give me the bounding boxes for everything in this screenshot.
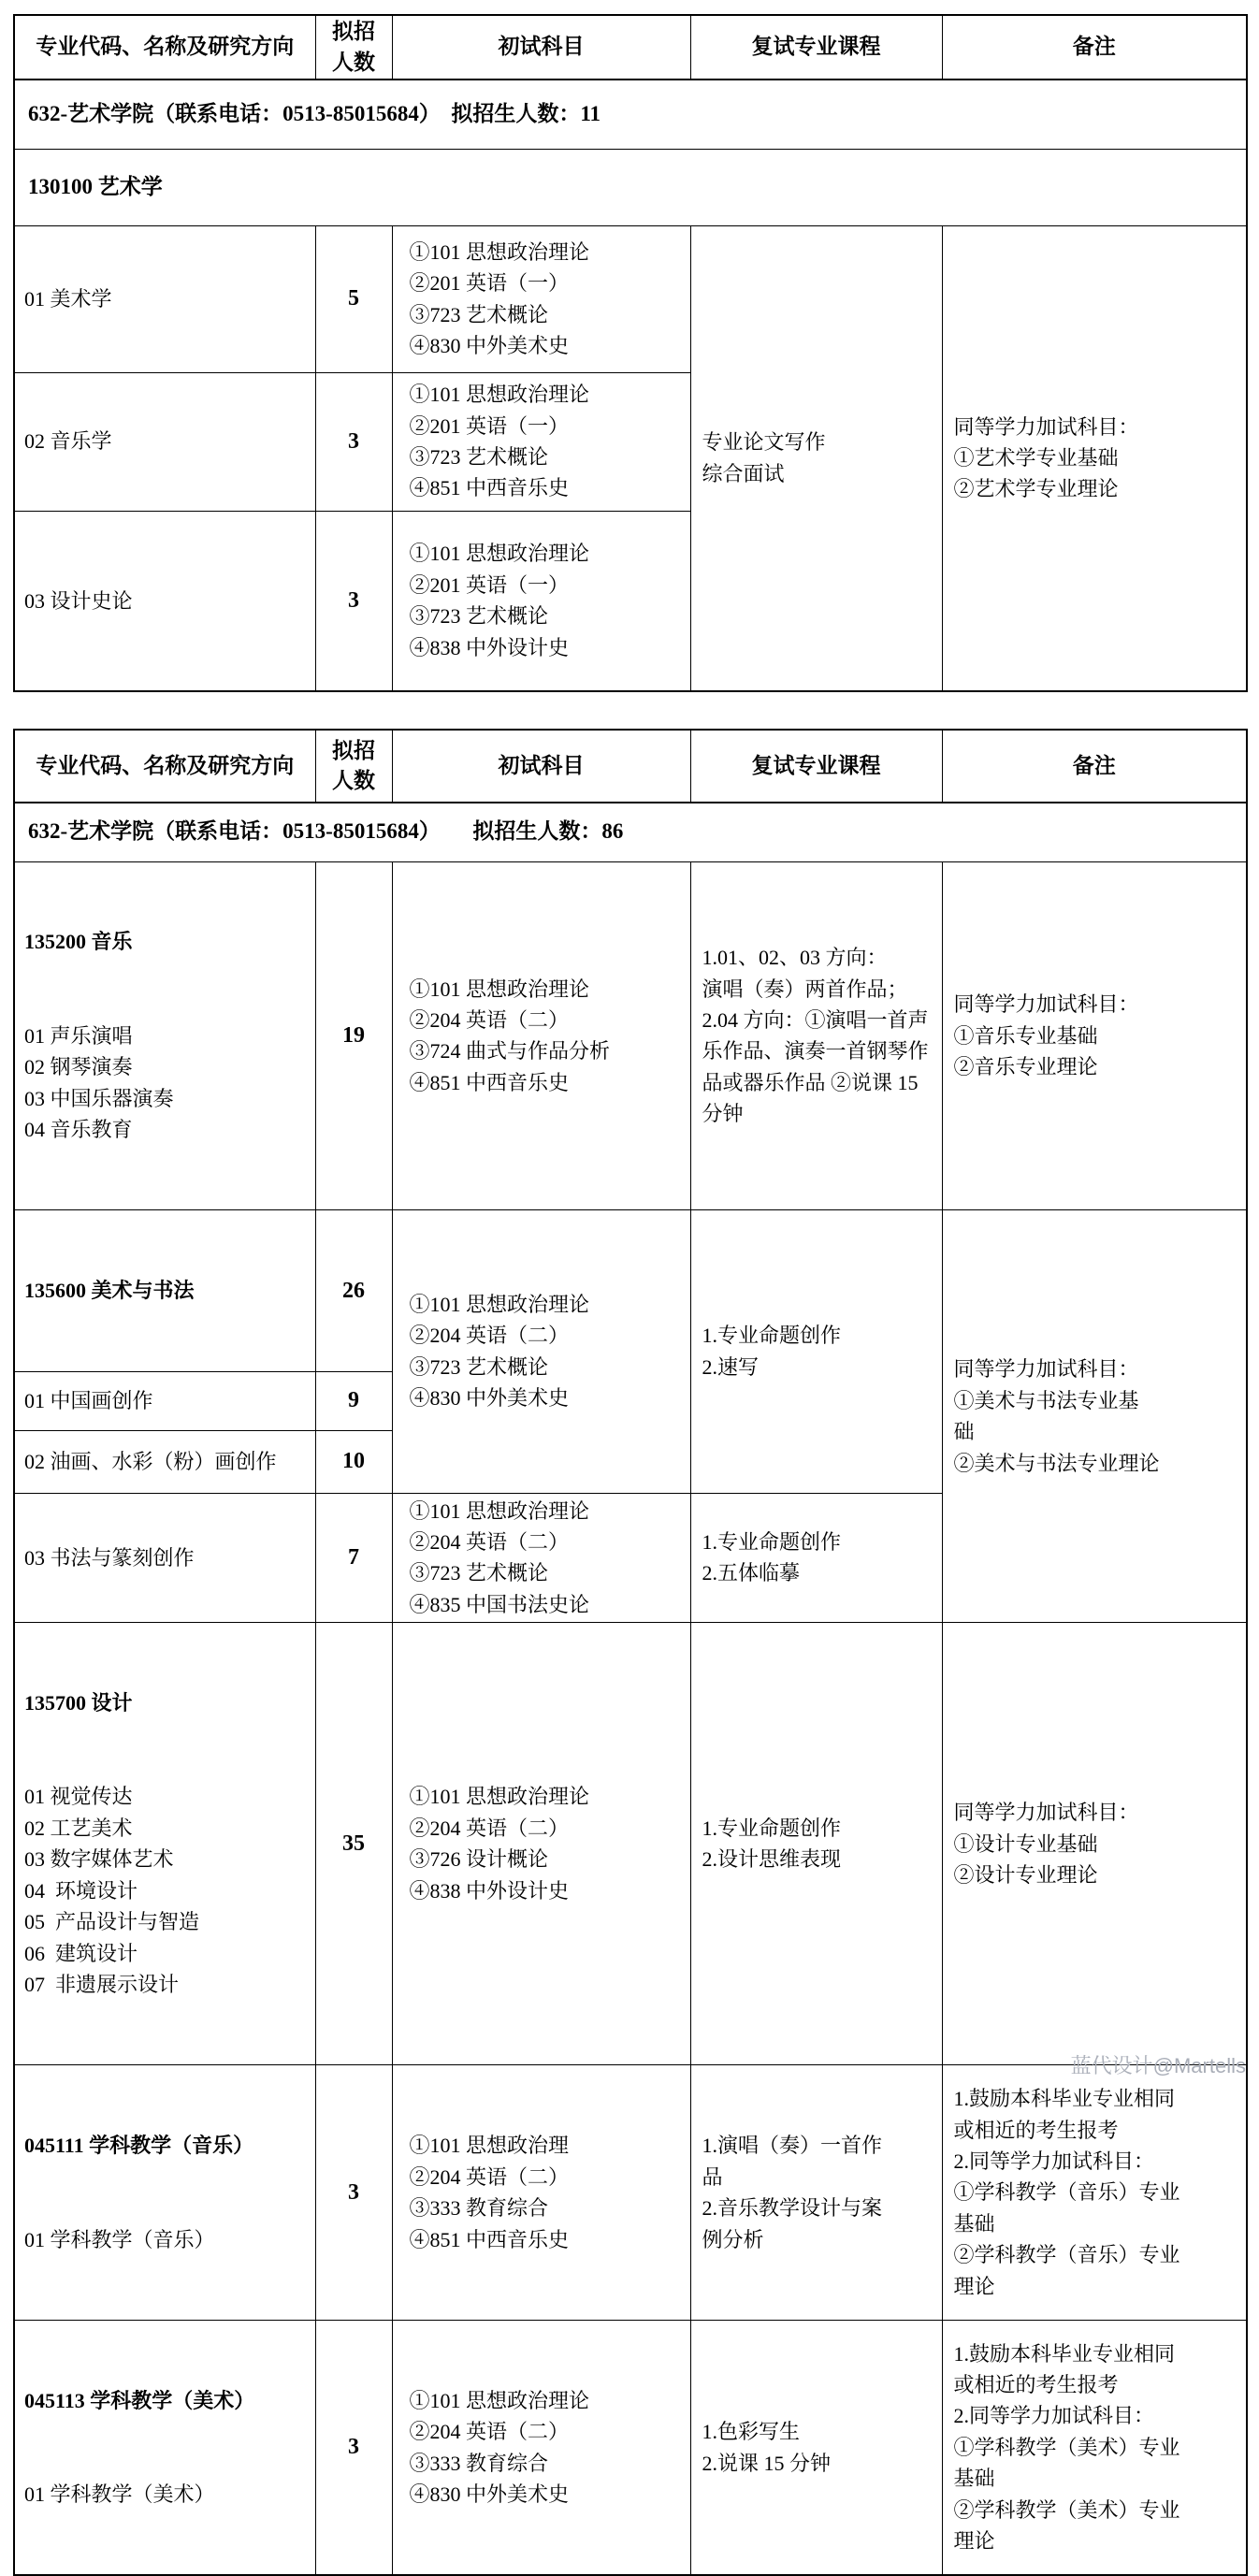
program-code: 135600 美术与书法	[24, 1275, 308, 1306]
program-code: 135200 音乐	[24, 926, 308, 957]
retest-cell: 1.专业命题创作 2.设计思维表现	[690, 1623, 942, 2065]
program-130100: 130100 艺术学	[14, 149, 1247, 225]
quota-cell: 19	[315, 861, 392, 1210]
subjects-cell: ①101 思想政治理论 ②201 英语（一） ③723 艺术概论 ④830 中外…	[392, 225, 690, 372]
col-header-direction: 专业代码、名称及研究方向	[14, 15, 315, 80]
table2-header-row: 专业代码、名称及研究方向 拟招 人数 初试科目 复试专业课程 备注	[14, 730, 1247, 803]
direction-list: 01 学科教学（美术）	[24, 2479, 308, 2510]
table-row-045113: 045113 学科教学（美术） 01 学科教学（美术） 3 ①101 思想政治理…	[14, 2320, 1247, 2575]
notes-cell-merged: 同等学力加试科目： ①艺术学专业基础 ②艺术学专业理论	[942, 225, 1247, 691]
college-info: 632-艺术学院（联系电话：0513-85015684） 拟招生人数：86	[14, 803, 1247, 861]
table-row-045111: 045111 学科教学（音乐） 01 学科教学（音乐） 3 ①101 思想政治理…	[14, 2065, 1247, 2321]
direction-cell: 135600 美术与书法	[14, 1210, 315, 1371]
table1-program-row: 130100 艺术学	[14, 149, 1247, 225]
subjects-cell: ①101 思想政治理论 ②201 英语（一） ③723 艺术概论 ④851 中西…	[392, 372, 690, 511]
subjects-cell: ①101 思想政治理论 ②204 英语（二） ③723 艺术概论 ④835 中国…	[392, 1493, 690, 1623]
notes-cell: 同等学力加试科目： ①音乐专业基础 ②音乐专业理论	[942, 861, 1247, 1210]
subjects-cell: ①101 思想政治理论 ②201 英语（一） ③723 艺术概论 ④838 中外…	[392, 511, 690, 691]
col-header-quota: 拟招 人数	[315, 15, 392, 80]
quota-cell: 26	[315, 1210, 392, 1371]
quota-cell: 3	[315, 2065, 392, 2321]
direction-cell: 01 中国画创作	[14, 1371, 315, 1430]
notes-cell: 同等学力加试科目： ①设计专业基础 ②设计专业理论	[942, 1623, 1247, 2065]
retest-cell-merged: 专业论文写作 综合面试	[690, 225, 942, 691]
table2-college-row: 632-艺术学院（联系电话：0513-85015684） 拟招生人数：86	[14, 803, 1247, 861]
direction-cell: 045113 学科教学（美术） 01 学科教学（美术）	[14, 2320, 315, 2575]
quota-cell: 3	[315, 2320, 392, 2575]
direction-list: 01 学科教学（音乐）	[24, 2224, 308, 2255]
col-header-retest: 复试专业课程	[690, 730, 942, 803]
table-row-135600: 135600 美术与书法 26 ①101 思想政治理论 ②204 英语（二） ③…	[14, 1210, 1247, 1371]
direction-cell: 03 设计史论	[14, 511, 315, 691]
subjects-cell-merged: ①101 思想政治理论 ②204 英语（二） ③723 艺术概论 ④830 中外…	[392, 1210, 690, 1493]
college-info: 632-艺术学院（联系电话：0513-85015684） 拟招生人数：11	[14, 80, 1247, 149]
program-code: 045111 学科教学（音乐）	[24, 2130, 308, 2161]
table-academic-art: 专业代码、名称及研究方向 拟招 人数 初试科目 复试专业课程 备注 632-艺术…	[13, 14, 1248, 692]
quota-cell: 35	[315, 1623, 392, 2065]
quota-cell: 3	[315, 511, 392, 691]
watermark: 蓝代设计@Martells	[1071, 2050, 1246, 2079]
quota-cell: 7	[315, 1493, 392, 1623]
table-row-135200: 135200 音乐 01 声乐演唱 02 钢琴演奏 03 中国乐器演奏 04 音…	[14, 861, 1247, 1210]
direction-list: 01 视觉传达 02 工艺美术 03 数字媒体艺术 04 环境设计 05 产品设…	[24, 1781, 308, 2000]
retest-cell-merged: 1.专业命题创作 2.速写	[690, 1210, 942, 1493]
table-professional-art: 专业代码、名称及研究方向 拟招 人数 初试科目 复试专业课程 备注 632-艺术…	[13, 729, 1248, 2576]
col-header-retest: 复试专业课程	[690, 15, 942, 80]
table-row: 01 美术学 5 ①101 思想政治理论 ②201 英语（一） ③723 艺术概…	[14, 225, 1247, 372]
table1-header-row: 专业代码、名称及研究方向 拟招 人数 初试科目 复试专业课程 备注	[14, 15, 1247, 80]
notes-cell: 1.鼓励本科毕业专业相同 或相近的考生报考 2.同等学力加试科目： ①学科教学（…	[942, 2065, 1247, 2321]
retest-cell: 1.专业命题创作 2.五体临摹	[690, 1493, 942, 1623]
col-header-notes: 备注	[942, 15, 1247, 80]
direction-cell: 02 油画、水彩（粉）画创作	[14, 1430, 315, 1493]
col-header-initial-exam: 初试科目	[392, 15, 690, 80]
program-code: 135700 设计	[24, 1687, 308, 1718]
retest-cell: 1.01、02、03 方向： 演唱（奏）两首作品； 2.04 方向：①演唱一首声…	[690, 861, 942, 1210]
retest-cell: 1.演唱（奏）一首作 品 2.音乐教学设计与案 例分析	[690, 2065, 942, 2321]
quota-cell: 9	[315, 1371, 392, 1430]
notes-cell-merged: 同等学力加试科目： ①美术与书法专业基 础 ②美术与书法专业理论	[942, 1210, 1247, 1623]
quota-cell: 10	[315, 1430, 392, 1493]
table1-college-row: 632-艺术学院（联系电话：0513-85015684） 拟招生人数：11	[14, 80, 1247, 149]
direction-cell: 135200 音乐 01 声乐演唱 02 钢琴演奏 03 中国乐器演奏 04 音…	[14, 861, 315, 1210]
quota-cell: 5	[315, 225, 392, 372]
col-header-notes: 备注	[942, 730, 1247, 803]
col-header-quota: 拟招 人数	[315, 730, 392, 803]
quota-cell: 3	[315, 372, 392, 511]
subjects-cell: ①101 思想政治理论 ②204 英语（二） ③726 设计概论 ④838 中外…	[392, 1623, 690, 2065]
col-header-initial-exam: 初试科目	[392, 730, 690, 803]
col-header-direction: 专业代码、名称及研究方向	[14, 730, 315, 803]
direction-cell: 02 音乐学	[14, 372, 315, 511]
notes-cell: 1.鼓励本科毕业专业相同 或相近的考生报考 2.同等学力加试科目： ①学科教学（…	[942, 2320, 1247, 2575]
subjects-cell: ①101 思想政治理论 ②204 英语（二） ③724 曲式与作品分析 ④851…	[392, 861, 690, 1210]
table-row-135700: 135700 设计 01 视觉传达 02 工艺美术 03 数字媒体艺术 04 环…	[14, 1623, 1247, 2065]
program-code: 045113 学科教学（美术）	[24, 2385, 308, 2416]
direction-cell: 045111 学科教学（音乐） 01 学科教学（音乐）	[14, 2065, 315, 2321]
direction-cell: 135700 设计 01 视觉传达 02 工艺美术 03 数字媒体艺术 04 环…	[14, 1623, 315, 2065]
retest-cell: 1.色彩写生 2.说课 15 分钟	[690, 2320, 942, 2575]
direction-cell: 01 美术学	[14, 225, 315, 372]
subjects-cell: ①101 思想政治理 ②204 英语（二） ③333 教育综合 ④851 中西音…	[392, 2065, 690, 2321]
subjects-cell: ①101 思想政治理论 ②204 英语（二） ③333 教育综合 ④830 中外…	[392, 2320, 690, 2575]
direction-list: 01 声乐演唱 02 钢琴演奏 03 中国乐器演奏 04 音乐教育	[24, 1020, 308, 1146]
direction-cell: 03 书法与篆刻创作	[14, 1493, 315, 1623]
